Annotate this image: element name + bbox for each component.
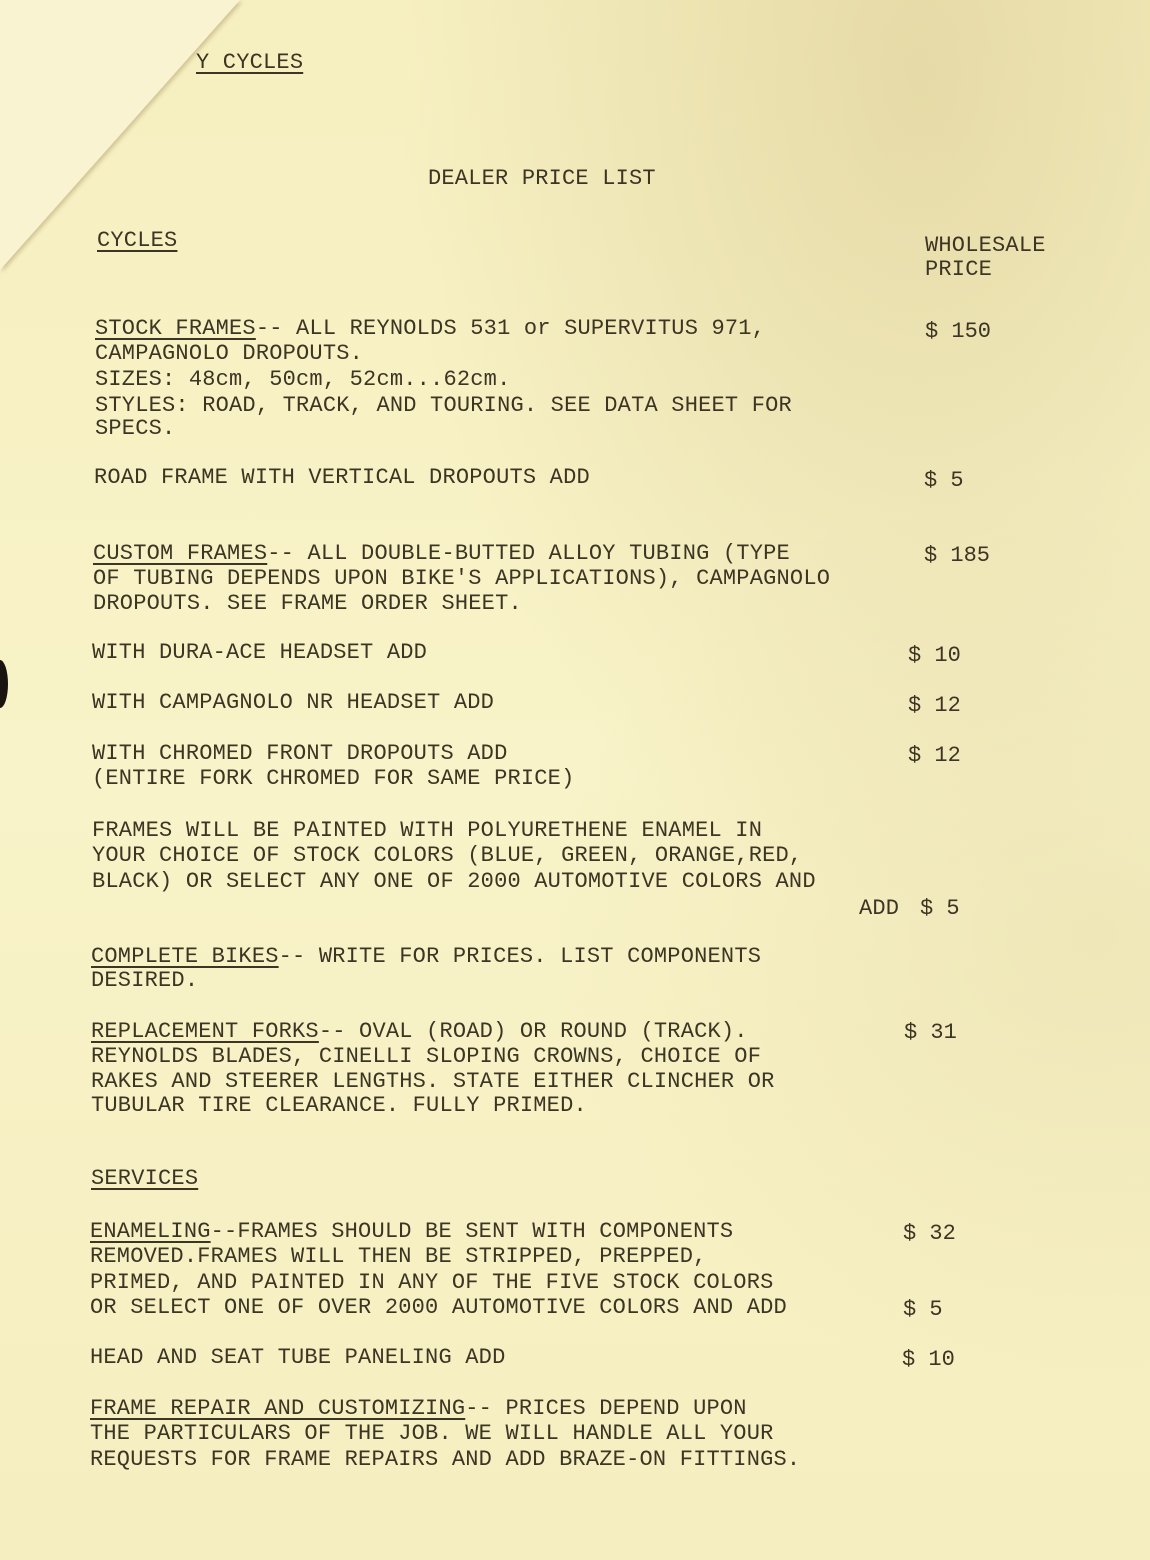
item-add-label: ADD: [859, 896, 899, 921]
item-price: $ 5: [920, 896, 960, 921]
item-text: THE PARTICULARS OF THE JOB. WE WILL HAND…: [90, 1421, 774, 1446]
item-label: REPLACEMENT FORKS: [91, 1019, 319, 1044]
item-price: $ 31: [904, 1020, 957, 1045]
item-text: DESIRED.: [91, 968, 198, 993]
item-text: TUBULAR TIRE CLEARANCE. FULLY PRIMED.: [91, 1093, 587, 1118]
item-price: $ 10: [908, 643, 961, 668]
item-price: $ 5: [924, 468, 964, 493]
item-text: CAMPAGNOLO DROPOUTS.: [95, 341, 363, 366]
item-text: -- WRITE FOR PRICES. LIST COMPONENTS: [279, 944, 761, 969]
item-text: YOUR CHOICE OF STOCK COLORS (BLUE, GREEN…: [92, 843, 802, 868]
section-cycles: CYCLES: [97, 228, 177, 253]
item-price: $ 150: [925, 319, 991, 344]
item-price: $ 12: [908, 743, 961, 768]
item-text: ROAD FRAME WITH VERTICAL DROPOUTS ADD: [94, 465, 590, 490]
item-label: COMPLETE BIKES: [91, 944, 279, 969]
item-label: CUSTOM FRAMES: [93, 541, 267, 566]
item-text: DROPOUTS. SEE FRAME ORDER SHEET.: [93, 591, 522, 616]
item-text: BLACK) OR SELECT ANY ONE OF 2000 AUTOMOT…: [92, 869, 816, 894]
item-text: OR SELECT ONE OF OVER 2000 AUTOMOTIVE CO…: [90, 1295, 787, 1320]
item-text: PRIMED, AND PAINTED IN ANY OF THE FIVE S…: [90, 1270, 774, 1295]
company-name: Y CYCLES: [196, 50, 303, 75]
item-text: STYLES: ROAD, TRACK, AND TOURING. SEE DA…: [95, 393, 792, 418]
item-label: FRAME REPAIR AND CUSTOMIZING: [90, 1396, 465, 1421]
price-column-header-1: WHOLESALE: [925, 233, 1046, 258]
page-title: DEALER PRICE LIST: [428, 166, 656, 191]
item-add-price: $ 5: [903, 1297, 943, 1322]
item-label: ENAMELING: [90, 1219, 211, 1244]
item-text: WITH DURA-ACE HEADSET ADD: [92, 640, 427, 665]
section-services: SERVICES: [91, 1166, 198, 1191]
item-text: SIZES: 48cm, 50cm, 52cm...62cm.: [95, 367, 510, 392]
item-price: $ 10: [902, 1347, 955, 1372]
item-text: REMOVED.FRAMES WILL THEN BE STRIPPED, PR…: [90, 1244, 707, 1269]
item-text: FRAMES WILL BE PAINTED WITH POLYURETHENE…: [92, 818, 762, 843]
item-text: REYNOLDS BLADES, CINELLI SLOPING CROWNS,…: [91, 1044, 761, 1069]
item-label: STOCK FRAMES: [95, 316, 256, 341]
item-text: RAKES AND STEERER LENGTHS. STATE EITHER …: [91, 1069, 775, 1094]
item-text: WITH CAMPAGNOLO NR HEADSET ADD: [92, 690, 494, 715]
item-text: (ENTIRE FORK CHROMED FOR SAME PRICE): [92, 766, 574, 791]
item-price: $ 32: [903, 1221, 956, 1246]
item-text: -- ALL DOUBLE-BUTTED ALLOY TUBING (TYPE: [267, 541, 790, 566]
item-text: REQUESTS FOR FRAME REPAIRS AND ADD BRAZE…: [90, 1447, 800, 1472]
price-column-header-2: PRICE: [925, 257, 992, 282]
item-text: --FRAMES SHOULD BE SENT WITH COMPONENTS: [211, 1219, 734, 1244]
item-text: SPECS.: [95, 416, 175, 441]
item-text: -- ALL REYNOLDS 531 or SUPERVITUS 971,: [256, 316, 765, 341]
item-text: HEAD AND SEAT TUBE PANELING ADD: [90, 1345, 505, 1370]
item-text: WITH CHROMED FRONT DROPOUTS ADD: [92, 741, 507, 766]
item-text: -- OVAL (ROAD) OR ROUND (TRACK).: [319, 1019, 748, 1044]
item-text: OF TUBING DEPENDS UPON BIKE'S APPLICATIO…: [93, 566, 830, 591]
item-price: $ 12: [908, 693, 961, 718]
item-text: -- PRICES DEPEND UPON: [465, 1396, 746, 1421]
item-price: $ 185: [924, 543, 990, 568]
